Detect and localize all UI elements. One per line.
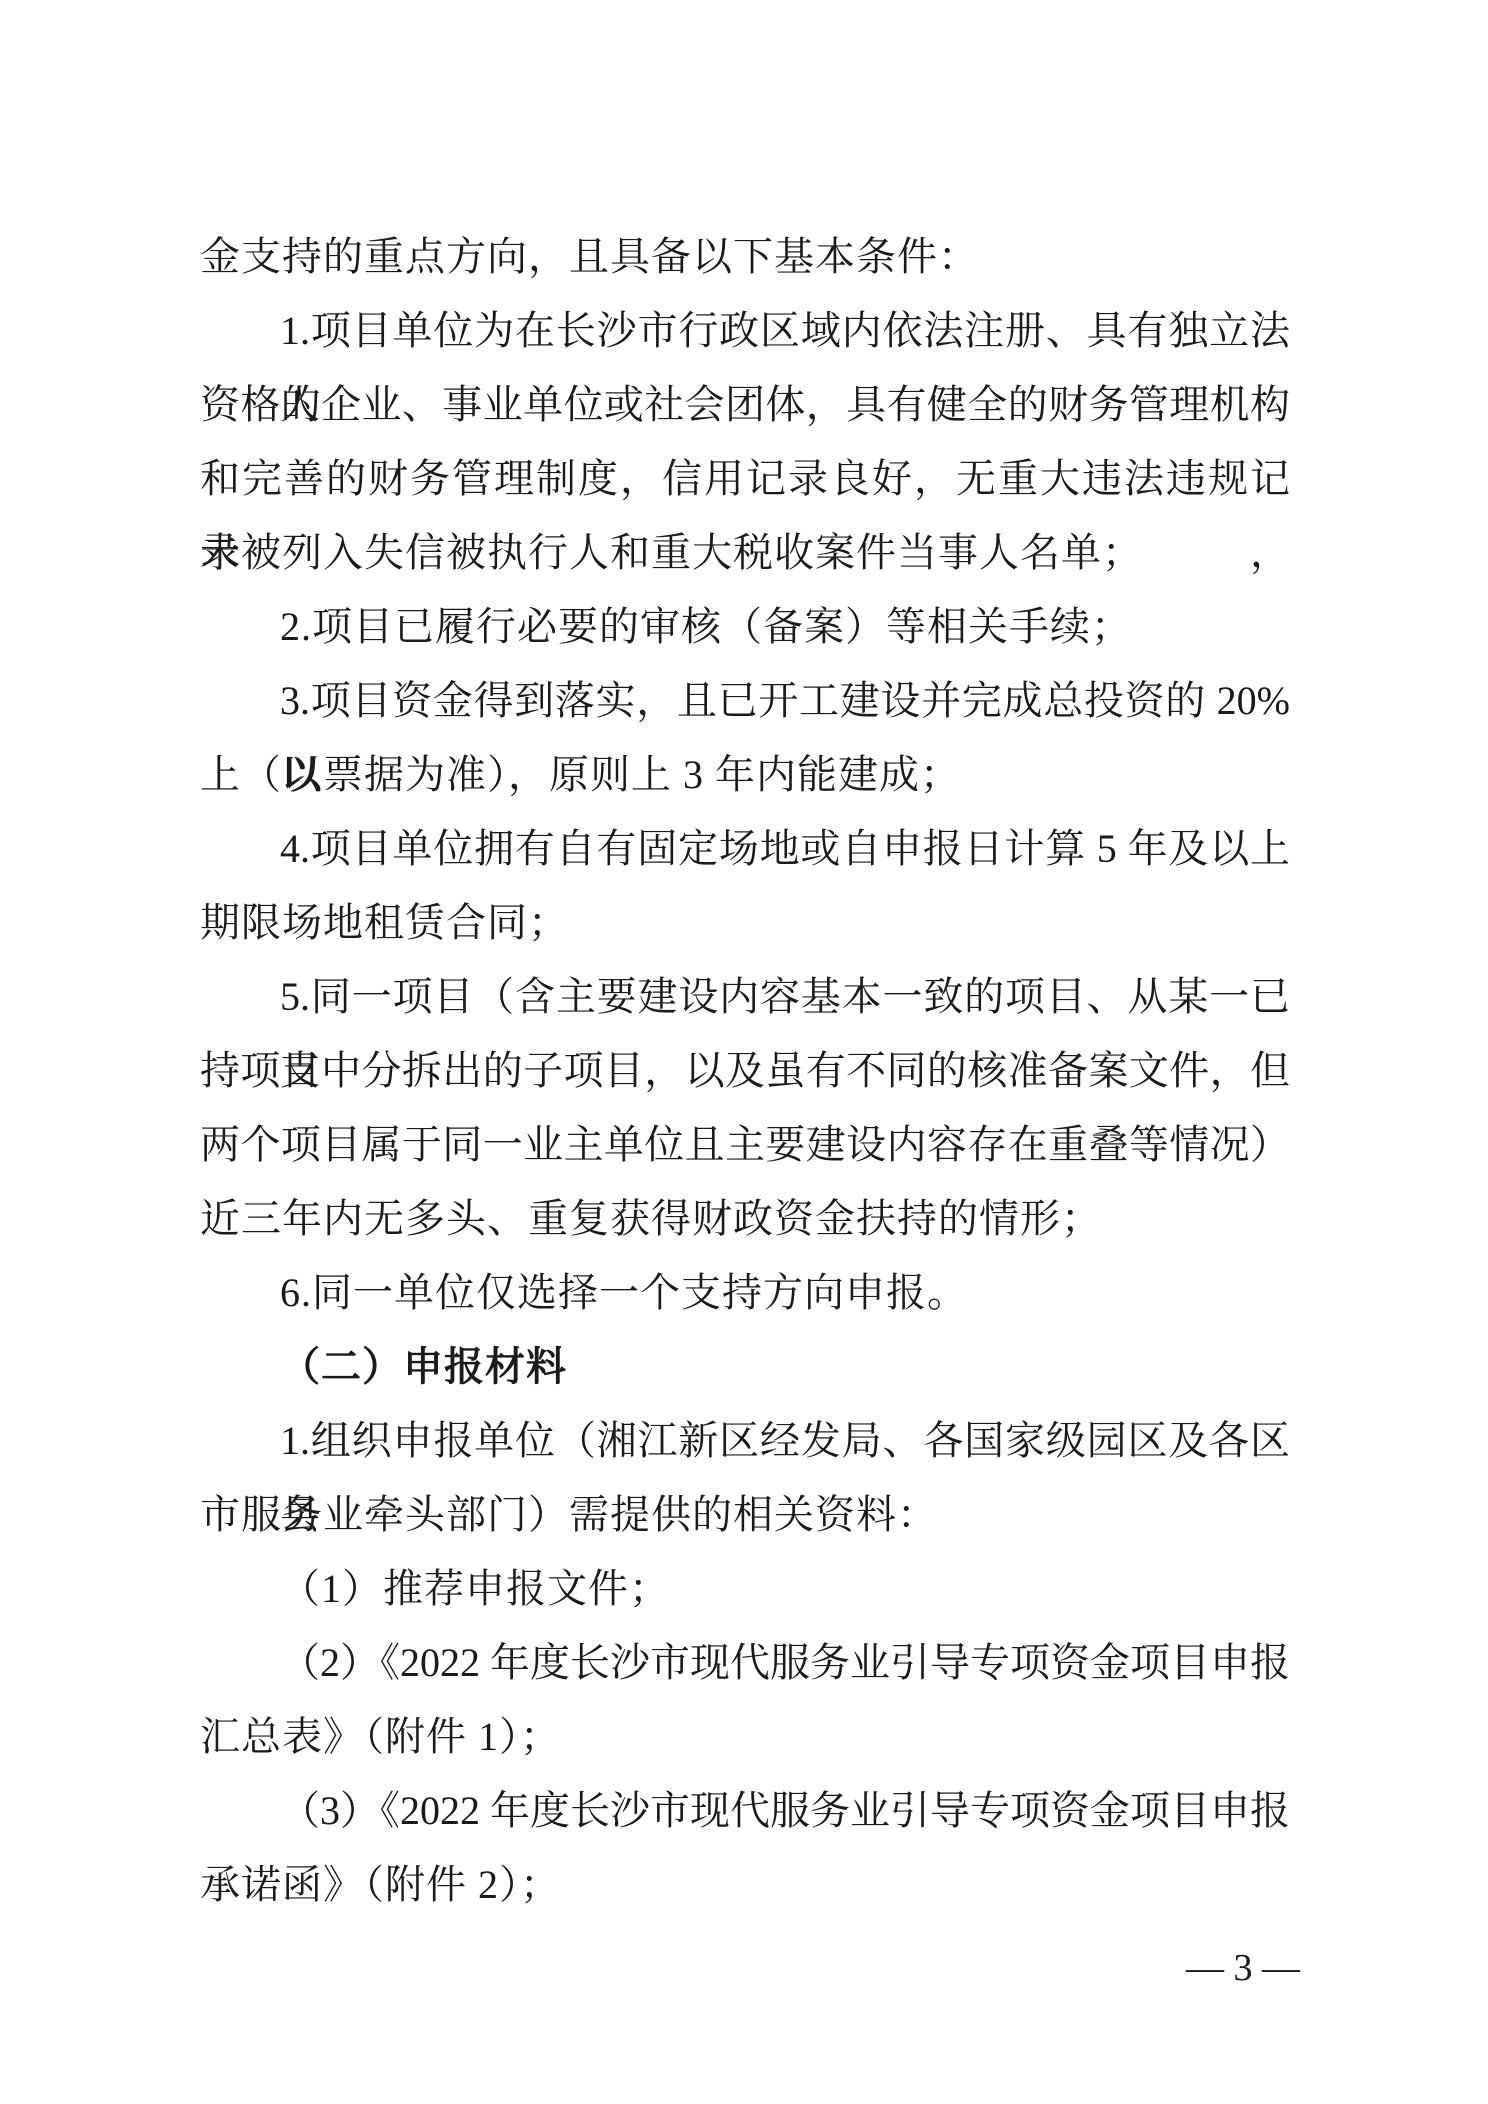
text-line: 1.项目单位为在长沙市行政区域内依法注册、具有独立法人 [200,294,1290,368]
text-line: 持项目中分拆出的子项目，以及虽有不同的核准备案文件，但 [200,1034,1290,1108]
text-line: 金支持的重点方向，且具备以下基本条件： [200,220,1290,294]
page-number: — 3 — [1186,1944,1300,1992]
text-line: 2.项目已履行必要的审核（备案）等相关手续； [200,590,1290,664]
text-line: 两个项目属于同一业主单位且主要建设内容存在重叠等情况） [200,1108,1290,1182]
text-line: 5.同一项目（含主要建设内容基本一致的项目、从某一已支 [200,960,1290,1034]
text-line: 资格的企业、事业单位或社会团体，具有健全的财务管理机构 [200,368,1290,442]
text-line: （1）推荐申报文件； [200,1552,1290,1626]
text-line: 近三年内无多头、重复获得财政资金扶持的情形； [200,1182,1290,1256]
text-line: （二）申报材料 [200,1330,1290,1404]
document-page: 金支持的重点方向，且具备以下基本条件：1.项目单位为在长沙市行政区域内依法注册、… [0,0,1488,2104]
text-line: 4.项目单位拥有自有固定场地或自申报日计算 5 年及以上 [200,812,1290,886]
text-line: 和完善的财务管理制度，信用记录良好，无重大违法违规记录， [200,442,1290,516]
text-line: 6.同一单位仅选择一个支持方向申报。 [200,1256,1290,1330]
text-line: 上（以票据为准），原则上 3 年内能建成； [200,738,1290,812]
text-line: 期限场地租赁合同； [200,886,1290,960]
text-line: 汇总表》（附件 1）； [200,1700,1290,1774]
text-line: 承诺函》（附件 2）； [200,1848,1290,1922]
document-body: 金支持的重点方向，且具备以下基本条件：1.项目单位为在长沙市行政区域内依法注册、… [200,220,1290,1922]
text-line: 未被列入失信被执行人和重大税收案件当事人名单； [200,516,1290,590]
text-line: 3.项目资金得到落实，且已开工建设并完成总投资的 20%以 [200,664,1290,738]
text-line: 1.组织申报单位（湘江新区经发局、各国家级园区及各区县 [200,1404,1290,1478]
text-line: （2）《2022 年度长沙市现代服务业引导专项资金项目申报 [200,1626,1290,1700]
text-line: （3）《2022 年度长沙市现代服务业引导专项资金项目申报 [200,1774,1290,1848]
text-line: 市服务业牵头部门）需提供的相关资料： [200,1478,1290,1552]
